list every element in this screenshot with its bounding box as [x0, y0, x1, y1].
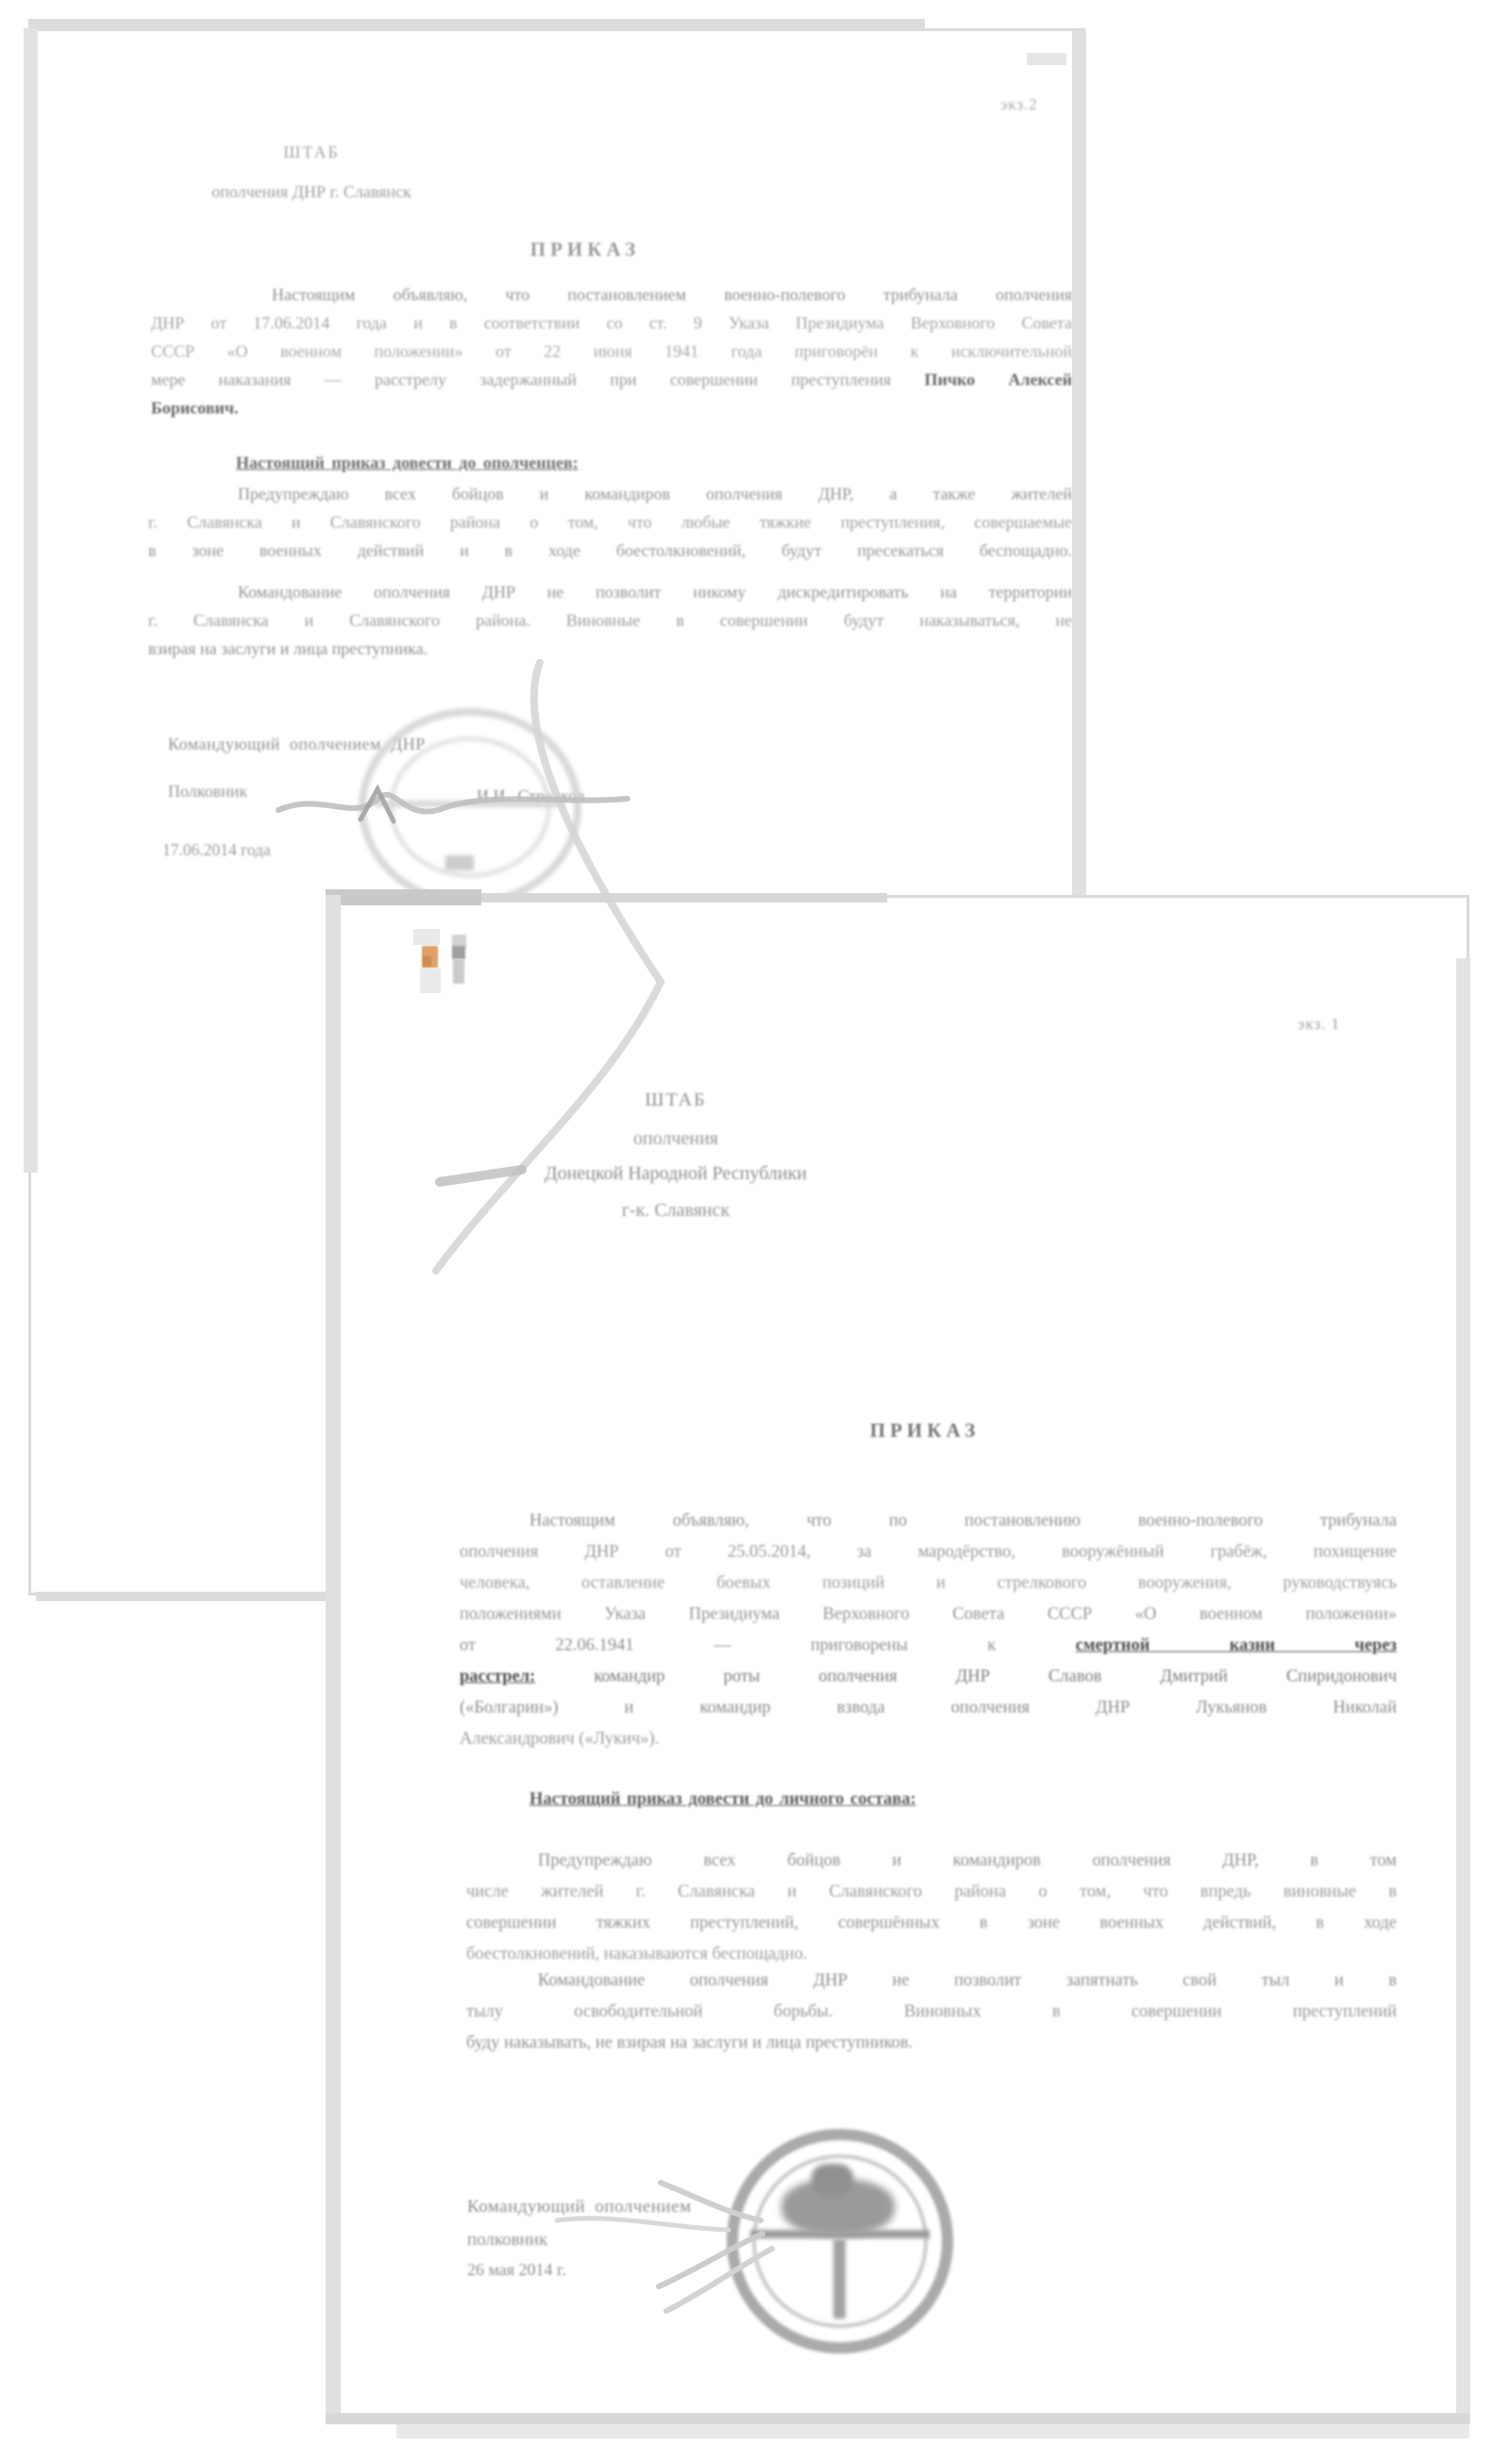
page2-paraC-line2: тылу освободительной борьбы. Виновных в …	[466, 2003, 1397, 2021]
scanned-documents-canvas: экз.2 ШТАБ ополчения ДНР г. Славянск ПРИ…	[0, 0, 1510, 2464]
gray-artifact-bottom	[453, 959, 464, 984]
page1-right-shadow	[1072, 30, 1086, 901]
page2-section-heading: Настоящий приказ довести до личного сост…	[529, 1791, 916, 1809]
page2-bottom-shadow	[326, 2413, 1469, 2424]
page2-paraB-line1: Предупреждаю всех бойцов и командиров оп…	[466, 1852, 1397, 1870]
page2-paraA-line6: расстрел: командир роты ополчения ДНР Сл…	[460, 1668, 1397, 1686]
page1-paraA-line4: мере наказания — расстрелу задержанный п…	[151, 371, 1072, 388]
page2-top-shadow	[481, 893, 887, 903]
page2-paraA-line5-sentence: смертной казни через	[1076, 1636, 1397, 1655]
page2-paraA-line5-text: от 22.06.1941 — приговорены к	[460, 1636, 1076, 1655]
page1-top-shadow	[28, 19, 925, 31]
page2-paraA-line4: положениями Указа Президиума Верховного …	[460, 1606, 1397, 1624]
page2-paraA-line6-sentence: расстрел:	[460, 1667, 535, 1686]
page2-paraB-line4: боестолкновений, наказываются беспощадно…	[466, 1946, 1397, 1964]
page1-paraC-line3: взирая на заслуги и лица преступника.	[148, 640, 1072, 657]
page2-paraC-line3: буду наказывать, не взирая на заслуги и …	[466, 2034, 1397, 2052]
page1-paraB-line1: Предупреждаю всех бойцов и командиров оп…	[148, 485, 1072, 502]
page2-right-shadow	[1456, 958, 1470, 2424]
page1-paraA-line4-name: Пичко Алексей	[924, 370, 1072, 389]
page2-header-line4: г-к. Славянск	[440, 1201, 912, 1220]
page2-copy-label: экз. 1	[1298, 1016, 1340, 1032]
page1-order-title: ПРИКАЗ	[453, 240, 717, 260]
page2-left-shadow	[326, 895, 341, 2424]
page1-signature-date: 17.06.2014 года	[162, 842, 271, 859]
page1-paraC-line1: Командование ополчения ДНР не позволит н…	[148, 583, 1072, 600]
page1-top-right-shadow	[1027, 53, 1066, 65]
page2-paraB-line2: числе жителей г. Славянска и Славянского…	[466, 1883, 1397, 1901]
page2-paraC-line1: Командование ополчения ДНР не позволит з…	[466, 1972, 1397, 1990]
page1-bottom-shadow	[36, 1592, 330, 1601]
page1-paraB-line2: г. Славянска и Славянского района о том,…	[148, 514, 1072, 531]
page2-paraA-line3: человека, оставление боевых позиций и ст…	[460, 1575, 1397, 1593]
page1-header-line1: ШТАБ	[170, 143, 453, 160]
artifact-halo-bottom	[420, 969, 441, 993]
page2-paraA-line8: Александрович («Лукич»).	[460, 1730, 1397, 1748]
page2-paraA-line1: Настоящим объявляю, что по постановлению…	[460, 1512, 1397, 1530]
page2-signature-date: 26 мая 2014 г.	[467, 2261, 566, 2278]
page2-signature-role: Командующий ополчением	[467, 2198, 692, 2216]
page2-signature-rank: полковник	[467, 2231, 547, 2249]
page1-section-heading: Настоящий приказ довести до ополченцев:	[236, 454, 579, 471]
page2-paraA-line2: ополчения ДНР от 25.05.2014, за мародёрс…	[460, 1544, 1397, 1561]
page1-stamp-center-mark	[445, 855, 474, 870]
page1-paraA-line5: Борисович.	[151, 399, 1072, 416]
page2-paraA-line6-text: командир роты ополчения ДНР Славов Дмитр…	[594, 1667, 1397, 1686]
page2-header-line1: ШТАБ	[440, 1090, 912, 1109]
page2-topleft-shadow	[326, 889, 481, 905]
page1-paraC-line2: г. Славянска и Славянского района. Винов…	[148, 612, 1072, 629]
page1-paraA-line3: СССР «О военном положении» от 22 июня 19…	[151, 343, 1072, 360]
page2-header-line2: ополчения	[440, 1129, 912, 1148]
page1-signature-rank: Полковник	[168, 783, 247, 800]
page1-paraA-line2: ДНР от 17.06.2014 года и в соответствии …	[151, 314, 1072, 331]
page1-paraA-line4-text: мере наказания — расстрелу задержанный п…	[151, 370, 891, 389]
orange-artifact-inner	[423, 956, 431, 967]
page2-order-title: ПРИКАЗ	[783, 1421, 1066, 1441]
page2-stamp-emblem-top	[812, 2164, 853, 2196]
page1-left-shadow	[24, 28, 38, 1173]
page2-drop-shadow	[396, 2424, 1469, 2439]
page1-paraB-line3: в зоне военных действий и в ходе боестол…	[148, 542, 1072, 559]
gray-artifact-mid	[452, 946, 465, 959]
page1-stamp-inner-line	[376, 801, 564, 807]
page1-copy-label: экз.2	[1000, 96, 1038, 112]
page2-stamp-crossbar	[750, 2230, 930, 2238]
page1-paraA-line1: Настоящим объявляю, что постановлением в…	[151, 286, 1072, 303]
page2-paraA-line7: («Болгарин») и командир взвода ополчения…	[460, 1699, 1397, 1717]
page2-paraA-line5: от 22.06.1941 — приговорены к смертной к…	[460, 1637, 1397, 1655]
page2-paraB-line3: совершении тяжких преступлений, совершён…	[466, 1915, 1397, 1932]
page2-header-line3: Донецкой Народной Республики	[440, 1164, 912, 1183]
page1-header-line2: ополчения ДНР г. Славянск	[160, 183, 462, 200]
artifact-halo-top	[413, 929, 440, 945]
page2-stamp-vertical-bar	[833, 2239, 846, 2319]
